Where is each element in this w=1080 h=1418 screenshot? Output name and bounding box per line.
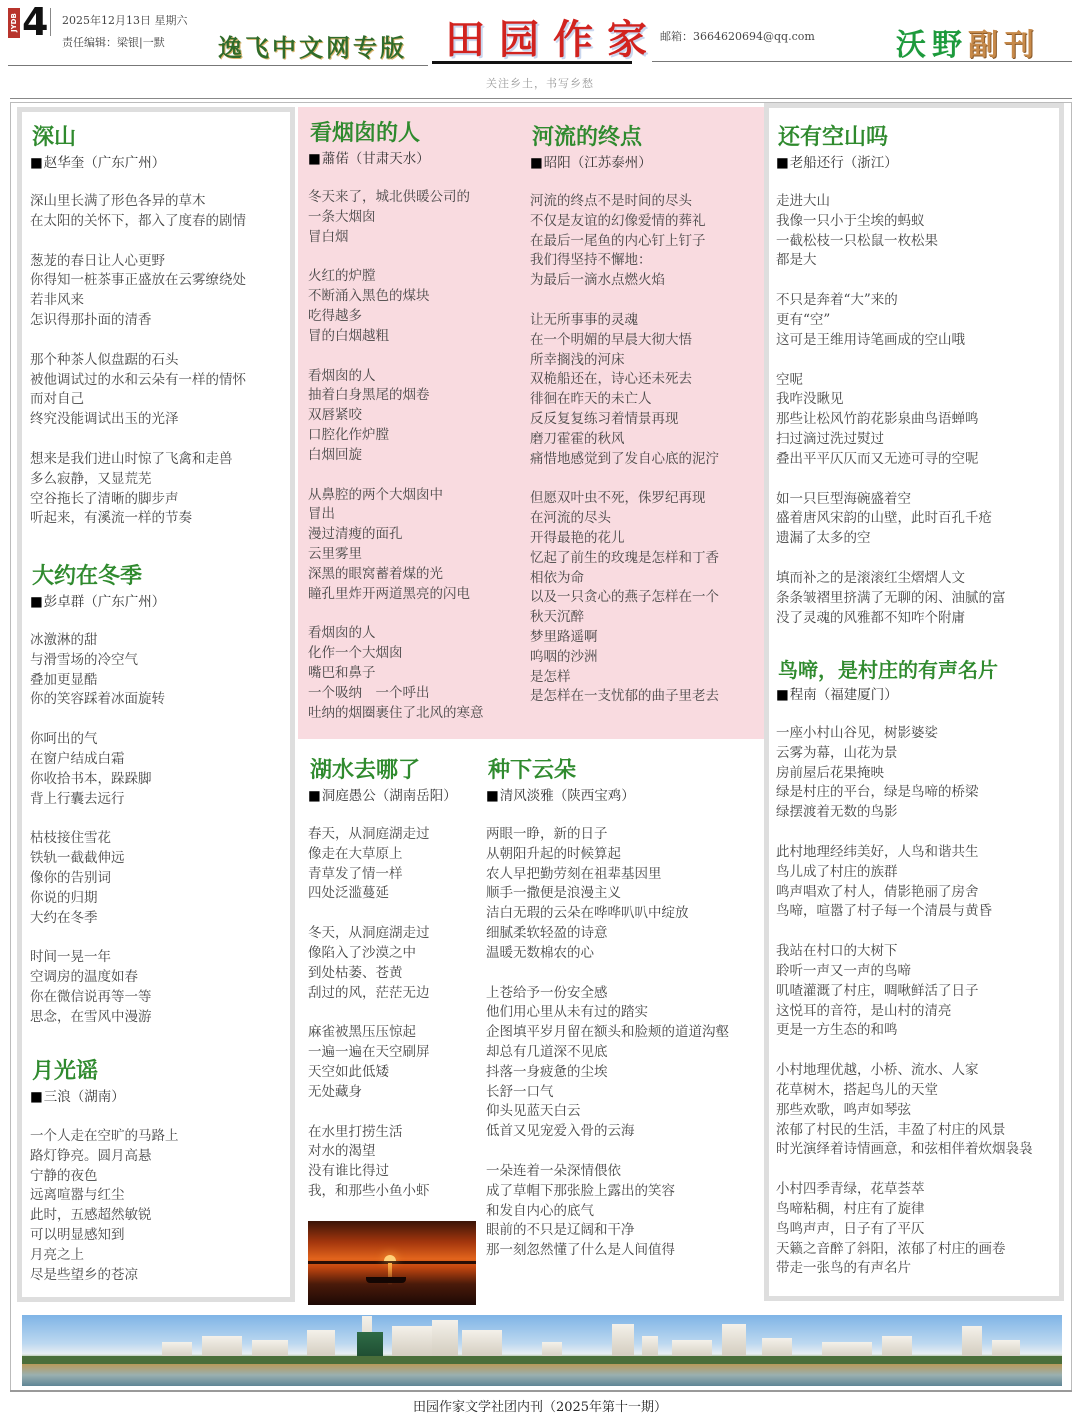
stanza: 冰激淋的甜 与滑雪场的冷空气 叠加更显酷 你的笑容踩着冰面旋转	[30, 631, 290, 710]
poem-line: 冰激淋的甜	[30, 631, 290, 651]
poem-line: 吃得越多	[308, 307, 518, 327]
stanza: 春天，从洞庭湖走过 像走在大草原上 青草发了情一样 四处泛滥蔓延	[308, 825, 478, 904]
poem-line: 企图填平岁月留在额头和脸颊的道道沟壑	[486, 1023, 748, 1043]
poem-yunduo: 种下云朵 清风淡雅（陕西宝鸡） 两眼一睁，新的日子 从朝阳升起的时候算起 农人早…	[486, 757, 748, 1261]
poem-line: 叠出平平仄仄而又无迹可寻的空呢	[776, 450, 1058, 470]
poem-line: 像走在大草原上	[308, 845, 478, 865]
poem-heliu: 河流的终点 昭阳（江苏泰州） 河流的终点不是时间的尽头 不仅是友谊的幻像爱情的葬…	[530, 124, 760, 707]
poem-line: 呜咽的沙洲	[530, 648, 760, 668]
poem-author: 程南（福建厦门）	[776, 686, 1058, 704]
poem-line: 却总有几道深不见底	[486, 1043, 748, 1063]
stanza: 小村四季青绿，花草荟萃 鸟啼粘稠，村庄有了旋律 鸟鸣声声，日子有了平仄 天籁之音…	[776, 1180, 1058, 1279]
poem-title: 深山	[30, 124, 78, 152]
poem-line: 空呢	[776, 371, 1058, 391]
poem-kongshan: 还有空山吗 老船还行（浙江） 走进大山 我像一只小于尘埃的蚂蚁 一截松枝一只松鼠…	[776, 124, 1058, 628]
poem-author: 三浪（湖南）	[30, 1088, 290, 1106]
special-edition-title: 逸飞中文网专版	[218, 28, 407, 63]
poem-line: 我像一只小于尘埃的蚂蚁	[776, 212, 1058, 232]
poem-line: 青草发了情一样	[308, 865, 478, 885]
poem-line: 漫过清瘦的面孔	[308, 525, 518, 545]
poem-line: 你呵出的气	[30, 730, 290, 750]
poem-line: 都是大	[776, 251, 1058, 271]
stanza: 河流的终点不是时间的尽头 不仅是友谊的幻像爱情的葬礼 在最后一尾鱼的内心钉上钉子…	[530, 192, 760, 291]
newspaper-title: 田园作家	[445, 8, 661, 65]
stanza: 一朵连着一朵深情偎依 成了草帽下那张脸上露出的笑容 和发自内心的底气 眼前的不只…	[486, 1162, 748, 1261]
poem-author: 洞庭愚公（湖南岳阳）	[308, 787, 478, 805]
poem-line: 看烟囱的人	[308, 367, 518, 387]
poem-line: 为最后一滴水点燃火焰	[530, 271, 760, 291]
stanza: 冬天，从洞庭湖走过 像陷入了沙漠之中 到处枯萎、苍黄 刮过的风，茫茫无边	[308, 924, 478, 1003]
river	[22, 1364, 1062, 1386]
poem-line: 到处枯萎、苍黄	[308, 964, 478, 984]
poem-line: 枯枝接住雪花	[30, 829, 290, 849]
poem-line: 瞳孔里炸开两道黑亮的闪电	[308, 585, 518, 605]
poem-line: 两眼一睁，新的日子	[486, 825, 748, 845]
poem-title: 鸟啼，是村庄的有声名片	[776, 656, 1000, 684]
poem-line: 此村地理经纬美好，人鸟和谐共生	[776, 843, 1058, 863]
poem-line: 无处藏身	[308, 1083, 478, 1103]
poem-line: 不只是奔着“大”来的	[776, 291, 1058, 311]
stanza: 麻雀被黑压压惊起 一遍一遍在天空刷屏 天空如此低矮 无处藏身	[308, 1023, 478, 1102]
poem-line: 成了草帽下那张脸上露出的笑容	[486, 1182, 748, 1202]
poem-line: 看烟囱的人	[308, 624, 518, 644]
stanza: 一座小村山谷见，树影婆娑 云雾为幕，山花为景 房前屋后花果掩映 绿是村庄的平台，…	[776, 724, 1058, 823]
poem-line: 冒白烟	[308, 228, 518, 248]
poem-line: 思念，在雪风中漫游	[30, 1008, 290, 1028]
poem-line: 那个种茶人似盘踞的石头	[30, 351, 290, 371]
poem-line: 细腻柔软轻盈的诗意	[486, 924, 748, 944]
poem-title: 大约在冬季	[30, 563, 144, 591]
poem-line: 带走一张鸟的有声名片	[776, 1259, 1058, 1279]
poem-line: 火红的炉膛	[308, 267, 518, 287]
poem-line: 月亮之上	[30, 1246, 290, 1266]
title-underline	[432, 61, 632, 64]
poem-line: 从朝阳升起的时候算起	[486, 845, 748, 865]
divider	[10, 98, 1072, 99]
poem-line: 终究没能调试出玉的光泽	[30, 410, 290, 430]
poem-line: 鸣声唱欢了村人，倩影艳丽了房舍	[776, 883, 1058, 903]
stanza: 不只是奔着“大”来的 更有“空” 这可是王维用诗笔画成的空山哦	[776, 291, 1058, 350]
poem-line: 更是一方生态的和鸣	[776, 1021, 1058, 1041]
poem-line: 一条大烟囱	[308, 208, 518, 228]
poem-line: 扫过滴过洗过熨过	[776, 430, 1058, 450]
poem-line: 上苍给予一份安全感	[486, 984, 748, 1004]
poem-line: 我站在村口的大树下	[776, 942, 1058, 962]
poem-line: 四处泛滥蔓延	[308, 884, 478, 904]
poem-line: 远离喧嚣与红尘	[30, 1186, 290, 1206]
poem-line: 他们用心里从未有过的踏实	[486, 1003, 748, 1023]
tagline: 关注乡土，书写乡愁	[0, 75, 1080, 91]
poem-author: 清风淡雅（陕西宝鸡）	[486, 787, 748, 805]
poem-yueguang: 月光谣 三浪（湖南） 一个人走在空旷的马路上 路灯铮亮。圆月高悬 宁静的夜色 远…	[30, 1058, 290, 1285]
poem-line: 花草树木，搭起鸟儿的天堂	[776, 1081, 1058, 1101]
stanza: 你呵出的气 在窗户结成白霜 你收拾书本，跺跺脚 背上行囊去远行	[30, 730, 290, 809]
poem-line: 冒出	[308, 505, 518, 525]
stanza: 空呢 我咋没瞅见 那些让松风竹韵花影泉曲鸟语蝉鸣 扫过滴过洗过熨过 叠出平平仄仄…	[776, 371, 1058, 470]
poem-line: 小村四季青绿，花草荟萃	[776, 1180, 1058, 1200]
poem-line: 刮过的风，茫茫无边	[308, 984, 478, 1004]
poem-line: 双唇紧咬	[308, 406, 518, 426]
poem-line: 一个吸纳 一个呼出	[308, 684, 518, 704]
stanza: 时间一晃一年 空调房的温度如春 你在微信说再等一等 思念，在雪风中漫游	[30, 948, 290, 1027]
poem-title: 河流的终点	[530, 124, 644, 152]
poem-line: 口腔化作炉膛	[308, 426, 518, 446]
poem-line: 不仅是友谊的幻像爱情的葬礼	[530, 212, 760, 232]
poem-line: 那些让松风竹韵花影泉曲鸟语蝉鸣	[776, 410, 1058, 430]
poem-line: 农人早把勤劳刻在祖辈基因里	[486, 865, 748, 885]
city-skyline-banner	[22, 1315, 1062, 1386]
poem-line: 一座小村山谷见，树影婆娑	[776, 724, 1058, 744]
poem-author: 彭卓群（广东广州）	[30, 593, 290, 611]
poem-line: 所幸搁浅的河床	[530, 351, 760, 371]
poem-line: 我们得坚持不懈地：	[530, 251, 760, 271]
stanza: 上苍给予一份安全感 他们用心里从未有过的踏实 企图填平岁月留在额头和脸颊的道道沟…	[486, 984, 748, 1142]
poem-line: 而对自己	[30, 390, 290, 410]
poem-line: 多么寂静，又显荒芜	[30, 470, 290, 490]
poem-line: 一朵连着一朵深情偎依	[486, 1162, 748, 1182]
poem-line: 绿是村庄的平台，绿是鸟啼的桥梁	[776, 783, 1058, 803]
poem-line: 忆起了前生的玫瑰是怎样和丁香	[530, 549, 760, 569]
poem-line: 你得知一桩茶事正盛放在云雾缭绕处	[30, 271, 290, 291]
poem-line: 开得最艳的花儿	[530, 529, 760, 549]
poem-line: 一遍一遍在天空刷屏	[308, 1043, 478, 1063]
poem-line: 听起来，有溪流一样的节奏	[30, 509, 290, 529]
poem-line: 但愿双叶虫不死，侏罗纪再现	[530, 489, 760, 509]
stanza: 那个种茶人似盘踞的石头 被他调试过的水和云朵有一样的情怀 而对自己 终究没能调试…	[30, 351, 290, 430]
poem-line: 没有谁比得过	[308, 1162, 478, 1182]
poem-line: 抽着白身黑尾的烟卷	[308, 386, 518, 406]
poem-line: 宁静的夜色	[30, 1167, 290, 1187]
stanza: 想来是我们进山时惊了飞禽和走兽 多么寂静，又显荒芜 空谷拖长了清晰的脚步声 听起…	[30, 450, 290, 529]
poem-line: 叠加更显酷	[30, 671, 290, 691]
poem-line: 在最后一尾鱼的内心钉上钉子	[530, 232, 760, 252]
poem-line: 更有“空”	[776, 311, 1058, 331]
poem-line: 反反复复练习着情景再现	[530, 410, 760, 430]
poem-line: 是怎样	[530, 668, 760, 688]
poem-line: 以及一只贪心的燕子怎样在一个	[530, 588, 760, 608]
stanza: 但愿双叶虫不死，侏罗纪再现 在河流的尽头 开得最艳的花儿 忆起了前生的玫瑰是怎样…	[530, 489, 760, 707]
poem-line: 磨刀霍霍的秋风	[530, 430, 760, 450]
poem-author: 蕭偌（甘肃天水）	[308, 150, 518, 168]
poem-line: 被他调试过的水和云朵有一样的情怀	[30, 371, 290, 391]
poem-author: 赵华奎（广东广州）	[30, 154, 290, 172]
poem-line: 春天，从洞庭湖走过	[308, 825, 478, 845]
poem-line: 天空如此低矮	[308, 1063, 478, 1083]
poem-line: 葱茏的春日让人心更野	[30, 252, 290, 272]
poem-line: 从鼻腔的两个大烟囱中	[308, 486, 518, 506]
poem-line: 一截松枝一只松鼠一枚松果	[776, 232, 1058, 252]
building	[392, 1326, 432, 1360]
poem-line: 洁白无瑕的云朵在哗哗叭叭中绽放	[486, 904, 748, 924]
stanza: 让无所事事的灵魂 在一个明媚的早晨大彻大悟 所幸搁浅的河床 双桅船还在，诗心还未…	[530, 311, 760, 469]
poem-line: 与滑雪场的冷空气	[30, 651, 290, 671]
poem-title: 看烟囱的人	[308, 120, 422, 148]
poem-line: 背上行囊去远行	[30, 790, 290, 810]
poem-line: 云雾为幕，山花为景	[776, 744, 1058, 764]
poem-line: 你说的归期	[30, 889, 290, 909]
poem-line: 若非风来	[30, 291, 290, 311]
stanza: 枯枝接住雪花 铁轨一截截伸远 像你的告别词 你说的归期 大约在冬季	[30, 829, 290, 928]
poem-line: 徘徊在昨天的未亡人	[530, 390, 760, 410]
divider	[652, 61, 1072, 62]
poem-line: 吐纳的烟圈裹住了北风的寒意	[308, 704, 518, 724]
stanza: 冬天来了，城北供暖公司的 一条大烟囱 冒白烟	[308, 188, 518, 247]
poem-line: 叽喳灌溉了村庄，啁啾鲜活了日子	[776, 982, 1058, 1002]
publication-footer: 田园作家文学社团内刊（2025年第十一期）	[0, 1396, 1080, 1415]
editor-credit: 责任编辑：梁银|一默	[62, 34, 165, 50]
poem-line: 这悦耳的音符，是山村的清亮	[776, 1002, 1058, 1022]
poem-line: 你的笑容踩着冰面旋转	[30, 690, 290, 710]
poem-line: 是怎样在一支忧郁的曲子里老去	[530, 687, 760, 707]
poem-line: 遗漏了太多的空	[776, 529, 1058, 549]
treeline	[22, 1356, 1062, 1364]
poem-line: 在太阳的关怀下，都入了度春的剧情	[30, 212, 290, 232]
divider	[50, 8, 51, 36]
poem-author: 昭阳（江苏泰州）	[530, 154, 760, 172]
poem-line: 像你的告别词	[30, 869, 290, 889]
stanza: 一个人走在空旷的马路上 路灯铮亮。圆月高悬 宁静的夜色 远离喧嚣与红尘 此时，五…	[30, 1127, 290, 1285]
stanza: 从鼻腔的两个大烟囱中 冒出 漫过清瘦的面孔 云里雾里 深黑的眼窝蓄着煤的光 瞳孔…	[308, 486, 518, 605]
poem-line: 小村地理优越，小桥、流水、人家	[776, 1061, 1058, 1081]
poem-line: 河流的终点不是时间的尽头	[530, 192, 760, 212]
poem-dayue: 大约在冬季 彭卓群（广东广州） 冰激淋的甜 与滑雪场的冷空气 叠加更显酷 你的笑…	[30, 563, 290, 1028]
poem-hushui: 湖水去哪了 洞庭愚公（湖南岳阳） 春天，从洞庭湖走过 像走在大草原上 青草发了情…	[308, 757, 478, 1202]
poem-line: 这可是王维用诗笔画成的空山哦	[776, 331, 1058, 351]
stanza: 看烟囱的人 抽着白身黑尾的烟卷 双唇紧咬 口腔化作炉膛 白烟回旋	[308, 367, 518, 466]
poem-line: 化作一个大烟囱	[308, 644, 518, 664]
poem-line: 填而补之的是滚滚红尘熠熠人文	[776, 569, 1058, 589]
poem-line: 低首又见宠爱入骨的云海	[486, 1122, 748, 1142]
poem-line: 走进大山	[776, 192, 1058, 212]
poem-line: 深黑的眼窝蓄着煤的光	[308, 565, 518, 585]
poem-line: 深山里长满了形色各异的草木	[30, 192, 290, 212]
poem-line: 条条皱褶里挤满了无聊的闲、油腻的富	[776, 589, 1058, 609]
poem-line: 相依为命	[530, 569, 760, 589]
poem-line: 鸟啼，喧嚣了村子每一个清晨与黄昏	[776, 902, 1058, 922]
issue-date: 2025年12月13日 星期六	[62, 12, 188, 28]
stanza: 小村地理优越，小桥、流水、人家 花草树木，搭起鸟儿的天堂 那些欢歌，鸣声如琴弦 …	[776, 1061, 1058, 1160]
poem-line: 在水里打捞生活	[308, 1123, 478, 1143]
poem-line: 想来是我们进山时惊了飞禽和走兽	[30, 450, 290, 470]
stanza: 看烟囱的人 化作一个大烟囱 嘴巴和鼻子 一个吸纳 一个呼出 吐纳的烟圈裹住了北风…	[308, 624, 518, 723]
building	[612, 1324, 634, 1360]
poem-shenshan: 深山 赵华奎（广东广州） 深山里长满了形色各异的草木 在太阳的关怀下，都入了度春…	[30, 124, 290, 529]
poem-title: 湖水去哪了	[308, 757, 422, 785]
poem-line: 梦里路遥啊	[530, 628, 760, 648]
stanza: 填而补之的是滚滚红尘熠熠人文 条条皱褶里挤满了无聊的闲、油腻的富 没了灵魂的风雅…	[776, 569, 1058, 628]
poem-line: 长舒一口气	[486, 1083, 748, 1103]
poem-line: 那一刻忽然懂了什么是人间值得	[486, 1241, 748, 1261]
poem-line: 时间一晃一年	[30, 948, 290, 968]
poem-yancong: 看烟囱的人 蕭偌（甘肃天水） 冬天来了，城北供暖公司的 一条大烟囱 冒白烟 火红…	[308, 120, 518, 723]
sunset-lake-photo	[308, 1221, 476, 1305]
poem-line: 聆听一声又一声的鸟啼	[776, 962, 1058, 982]
poem-line: 天籁之音醉了斜阳，浓郁了村庄的画卷	[776, 1240, 1058, 1260]
poem-line: 秋天沉醉	[530, 608, 760, 628]
building	[962, 1326, 982, 1360]
poem-line: 在河流的尽头	[530, 509, 760, 529]
stanza: 深山里长满了形色各异的草木 在太阳的关怀下，都入了度春的剧情	[30, 192, 290, 232]
divider	[8, 65, 428, 66]
poem-line: 麻雀被黑压压惊起	[308, 1023, 478, 1043]
stanza: 两眼一睁，新的日子 从朝阳升起的时候算起 农人早把勤劳刻在祖辈基因里 顺手一撒便…	[486, 825, 748, 964]
photo-boat	[366, 1277, 406, 1283]
poem-line: 鸟鸣声声，日子有了平仄	[776, 1220, 1058, 1240]
stanza: 在水里打捞生活 对水的渴望 没有谁比得过 我，和那些小鱼小虾	[308, 1123, 478, 1202]
supplement-name-green: 沃野	[896, 28, 968, 63]
page-tag: JYDB	[8, 8, 20, 38]
poem-line: 抖落一身疲惫的尘埃	[486, 1063, 748, 1083]
poem-line: 铁轨一截截伸远	[30, 849, 290, 869]
poem-niaoti: 鸟啼，是村庄的有声名片 程南（福建厦门） 一座小村山谷见，树影婆娑 云雾为幕，山…	[776, 656, 1058, 1279]
poem-line: 在一个明媚的早晨大彻大悟	[530, 331, 760, 351]
poem-line: 绿摆渡着无数的鸟影	[776, 803, 1058, 823]
photo-shoreline	[308, 1261, 476, 1264]
poem-author: 老船还行（浙江）	[776, 154, 1058, 172]
poem-line: 对水的渴望	[308, 1142, 478, 1162]
poem-line: 冬天，从洞庭湖走过	[308, 924, 478, 944]
building	[432, 1320, 458, 1360]
stanza: 我站在村口的大树下 聆听一声又一声的鸟啼 叽喳灌溉了村庄，啁啾鲜活了日子 这悦耳…	[776, 942, 1058, 1041]
building	[722, 1324, 746, 1360]
supplement-name-tan: 副刊	[968, 28, 1040, 63]
poem-line: 鸟儿成了村庄的族群	[776, 863, 1058, 883]
poem-line: 我咋没瞅见	[776, 390, 1058, 410]
stanza: 如一只巨型海碗盛着空 盛着唐风宋韵的山壁，此时百孔千疮 遗漏了太多的空	[776, 490, 1058, 549]
poem-line: 冬天来了，城北供暖公司的	[308, 188, 518, 208]
poem-line: 仰头见蓝天白云	[486, 1102, 748, 1122]
poem-line: 大约在冬季	[30, 909, 290, 929]
page-number: 4	[22, 2, 48, 42]
poem-line: 云里雾里	[308, 545, 518, 565]
poem-line: 鸟啼粘稠，村庄有了旋律	[776, 1200, 1058, 1220]
poem-line: 空谷拖长了清晰的脚步声	[30, 490, 290, 510]
poem-line: 可以明显感知到	[30, 1226, 290, 1246]
poem-line: 一个人走在空旷的马路上	[30, 1127, 290, 1147]
stanza: 走进大山 我像一只小于尘埃的蚂蚁 一截松枝一只松鼠一枚松果 都是大	[776, 192, 1058, 271]
poem-line: 那些欢歌，鸣声如琴弦	[776, 1101, 1058, 1121]
poem-line: 房前屋后花果掩映	[776, 764, 1058, 784]
poem-line: 眼前的不只是辽阔和干净	[486, 1221, 748, 1241]
stanza: 葱茏的春日让人心更野 你得知一桩茶事正盛放在云雾缭绕处 若非风来 怎识得那扑面的…	[30, 252, 290, 331]
contact-email: 邮箱：3664620694@qq.com	[660, 28, 815, 44]
poem-line: 和发自内心的底气	[486, 1202, 748, 1222]
divider	[10, 1390, 1072, 1392]
poem-line: 怎识得那扑面的清香	[30, 311, 290, 331]
poem-line: 你在微信说再等一等	[30, 988, 290, 1008]
poem-title: 种下云朵	[486, 757, 578, 785]
poem-line: 空调房的温度如春	[30, 968, 290, 988]
poem-line: 如一只巨型海碗盛着空	[776, 490, 1058, 510]
poem-line: 双桅船还在，诗心还未死去	[530, 370, 760, 390]
stanza: 此村地理经纬美好，人鸟和谐共生 鸟儿成了村庄的族群 鸣声唱欢了村人，倩影艳丽了房…	[776, 843, 1058, 922]
supplement-name: 沃野副刊	[896, 20, 1040, 64]
poem-line: 你收拾书本，跺跺脚	[30, 770, 290, 790]
poem-line: 浓郁了村民的生活，丰盈了村庄的风景	[776, 1121, 1058, 1141]
poem-line: 温暖无数棉农的心	[486, 944, 748, 964]
poem-line: 像陷入了沙漠之中	[308, 944, 478, 964]
poem-line: 我，和那些小鱼小虾	[308, 1182, 478, 1202]
photo-sun	[384, 1255, 396, 1261]
poem-line: 冒的白烟越粗	[308, 327, 518, 347]
poem-line: 让无所事事的灵魂	[530, 311, 760, 331]
poem-line: 此时，五感超然敏锐	[30, 1206, 290, 1226]
poem-line: 路灯铮亮。圆月高悬	[30, 1147, 290, 1167]
poem-line: 不断涌入黑色的煤块	[308, 287, 518, 307]
stanza: 火红的炉膛 不断涌入黑色的煤块 吃得越多 冒的白烟越粗	[308, 267, 518, 346]
poem-title: 月光谣	[30, 1058, 100, 1086]
poem-line: 时光演绎着诗情画意，和弦相伴着炊烟袅袅	[776, 1140, 1058, 1160]
poem-line: 盛着唐风宋韵的山壁，此时百孔千疮	[776, 509, 1058, 529]
poem-line: 嘴巴和鼻子	[308, 664, 518, 684]
masthead: JYDB 4 2025年12月13日 星期六 责任编辑：梁银|一默 逸飞中文网专…	[0, 0, 1080, 100]
poem-line: 没了灵魂的风雅都不知咋个附庸	[776, 609, 1058, 629]
poem-line: 白烟回旋	[308, 446, 518, 466]
poem-title: 还有空山吗	[776, 124, 890, 152]
poem-line: 顺手一撒便是浪漫主义	[486, 884, 748, 904]
poem-line: 尽是些望乡的苍凉	[30, 1266, 290, 1286]
poem-line: 在窗户结成白霜	[30, 750, 290, 770]
poem-line: 痛惜地感觉到了发自心底的泥泞	[530, 450, 760, 470]
